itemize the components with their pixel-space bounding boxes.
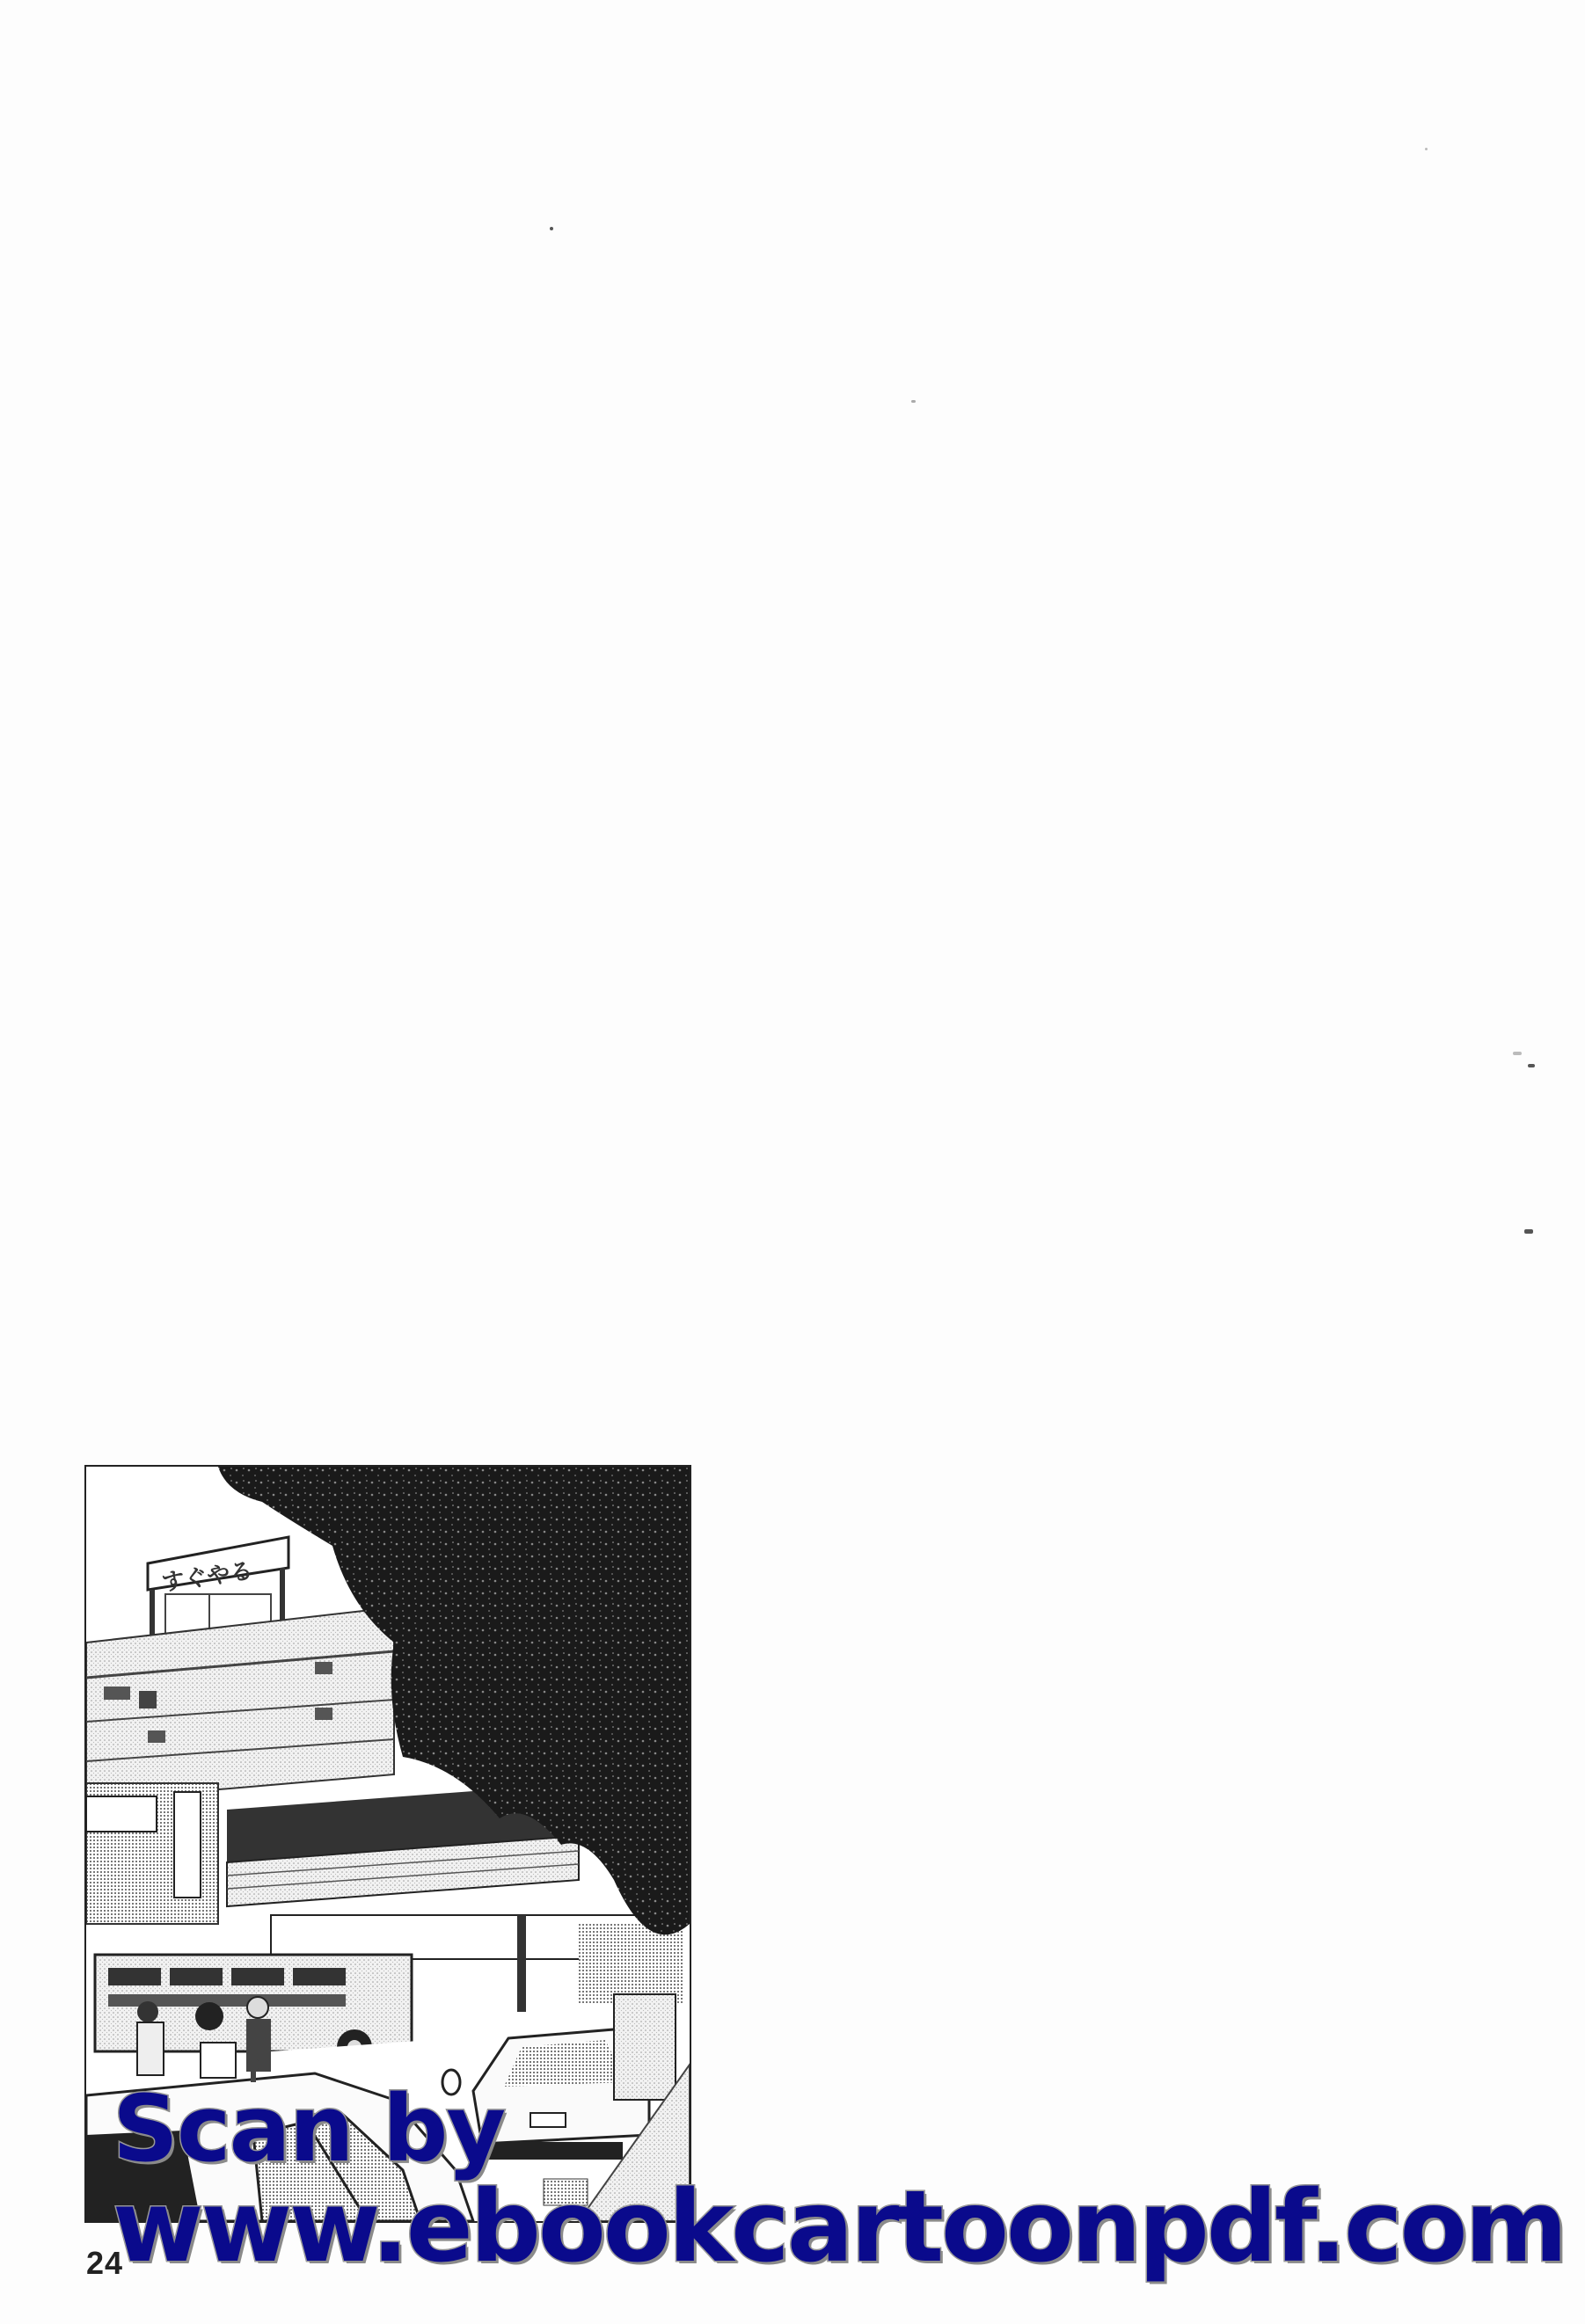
scan-speck — [911, 400, 916, 403]
manga-page: すぐやる — [0, 0, 1585, 2324]
scan-speck — [1528, 1064, 1535, 1067]
watermark-url: www.ebookcartoonpdf.com — [113, 2170, 1565, 2284]
scan-speck — [1425, 148, 1428, 150]
scan-speck — [550, 227, 553, 230]
watermark-scan-by: Scan by — [113, 2075, 504, 2182]
scan-speck — [1513, 1052, 1522, 1055]
scan-speck — [1524, 1229, 1533, 1234]
